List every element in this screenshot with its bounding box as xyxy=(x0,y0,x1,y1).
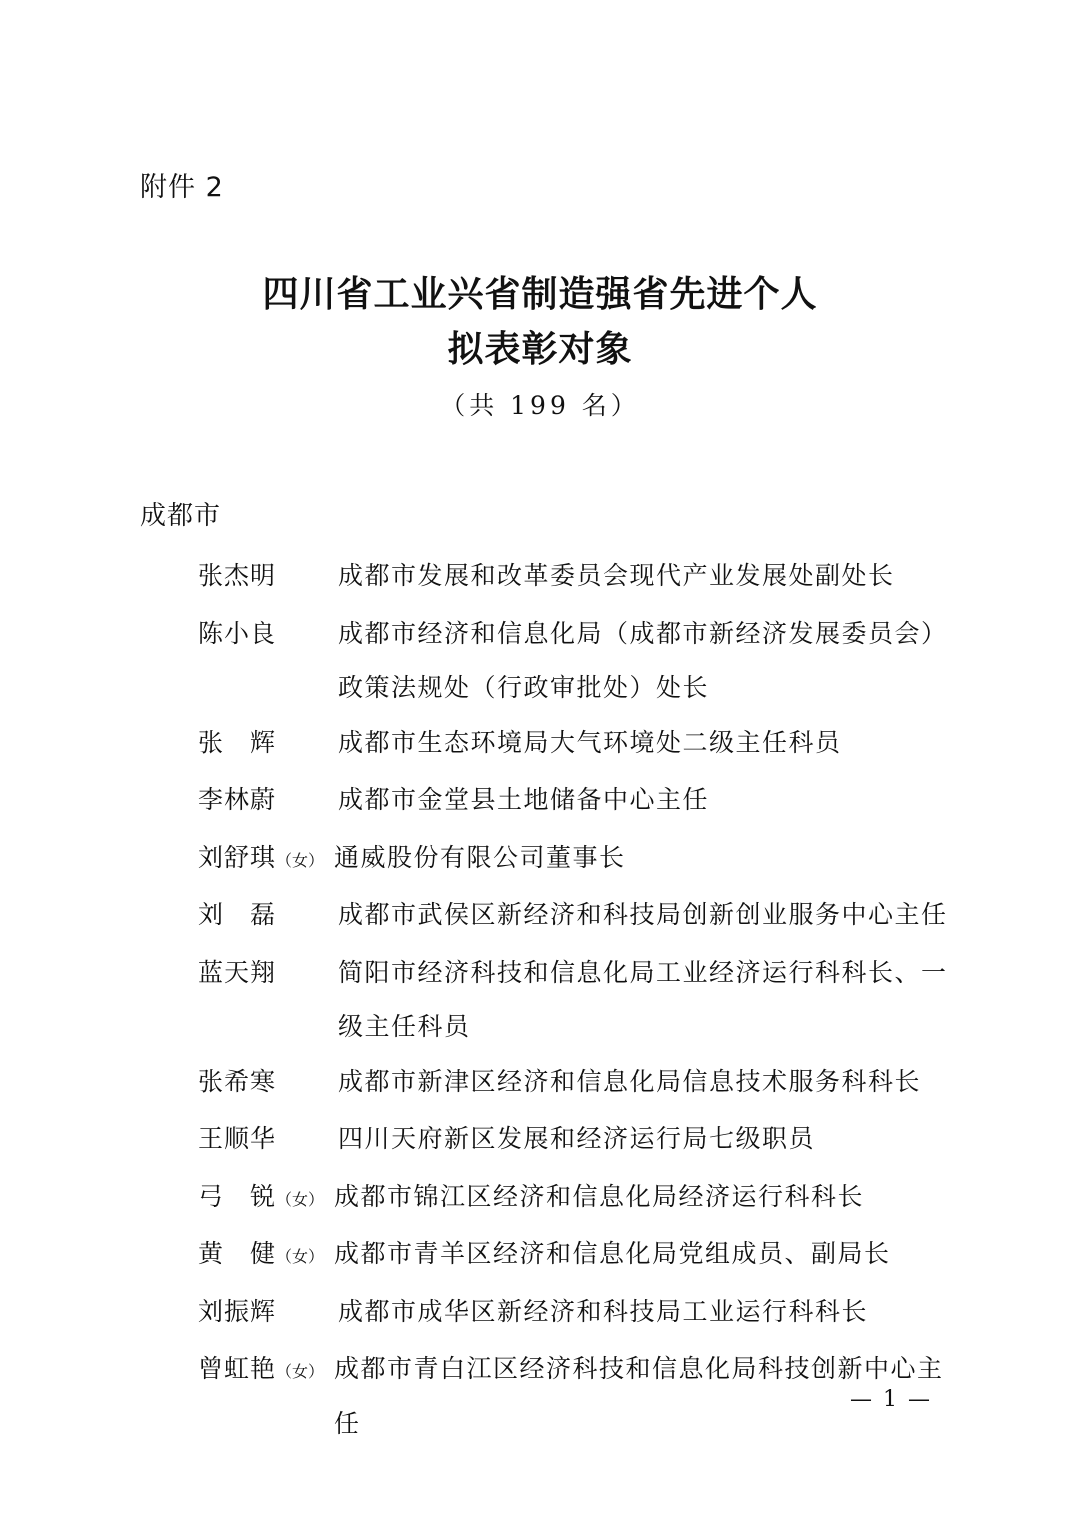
total-count: （共 199 名） xyxy=(0,388,1080,424)
person-name: 刘振辉 xyxy=(198,1285,338,1343)
person-name: 黄 健（女） xyxy=(198,1227,334,1285)
person-position: 成都市金堂县土地储备中心主任 xyxy=(338,773,958,828)
person-name: 弓 锐（女） xyxy=(198,1170,334,1228)
list-item: 李林蔚 成都市金堂县土地储备中心主任 xyxy=(198,773,958,831)
person-position: 成都市经济和信息化局（成都市新经济发展委员会）政策法规处（行政审批处）处长 xyxy=(338,607,958,716)
attachment-label: 附件 2 xyxy=(140,170,224,206)
region-heading: 成都市 xyxy=(140,496,221,536)
list-item: 刘 磊 成都市武侯区新经济和科技局创新创业服务中心主任 xyxy=(198,888,958,946)
person-position: 成都市发展和改革委员会现代产业发展处副处长 xyxy=(338,549,958,604)
list-item: 黄 健（女） 成都市青羊区经济和信息化局党组成员、副局长 xyxy=(198,1227,958,1285)
list-item: 蓝天翔 简阳市经济科技和信息化局工业经济运行科科长、一级主任科员 xyxy=(198,946,958,1055)
name-text: 张杰明 xyxy=(198,561,276,590)
person-name: 蓝天翔 xyxy=(198,946,338,1004)
list-item: 弓 锐（女） 成都市锦江区经济和信息化局经济运行科科长 xyxy=(198,1170,958,1228)
name-text: 刘 磊 xyxy=(198,900,276,929)
name-text: 黄 健 xyxy=(198,1239,276,1268)
person-name: 张希寒 xyxy=(198,1055,338,1113)
list-item: 张希寒 成都市新津区经济和信息化局信息技术服务科科长 xyxy=(198,1055,958,1113)
list-item: 刘振辉 成都市成华区新经济和科技局工业运行科科长 xyxy=(198,1285,958,1343)
person-position: 成都市新津区经济和信息化局信息技术服务科科长 xyxy=(338,1055,958,1110)
document-title-line-2: 拟表彰对象 xyxy=(0,325,1080,375)
person-position: 简阳市经济科技和信息化局工业经济运行科科长、一级主任科员 xyxy=(338,946,958,1055)
list-item: 张杰明 成都市发展和改革委员会现代产业发展处副处长 xyxy=(198,549,958,607)
person-name: 曾虹艳（女） xyxy=(198,1342,334,1400)
page-number: — 1 — xyxy=(850,1385,932,1415)
person-position: 成都市生态环境局大气环境处二级主任科员 xyxy=(338,716,958,771)
name-text: 张希寒 xyxy=(198,1067,276,1096)
person-name: 刘 磊 xyxy=(198,888,338,946)
person-position: 通威股份有限公司董事长 xyxy=(334,831,958,886)
list-item: 曾虹艳（女） 成都市青白江区经济科技和信息化局科技创新中心主任 xyxy=(198,1342,958,1451)
honoree-list: 张杰明 成都市发展和改革委员会现代产业发展处副处长 陈小良 成都市经济和信息化局… xyxy=(198,549,958,1451)
list-item: 刘舒琪（女） 通威股份有限公司董事长 xyxy=(198,831,958,889)
person-position: 成都市成华区新经济和科技局工业运行科科长 xyxy=(338,1285,958,1340)
list-item: 张 辉 成都市生态环境局大气环境处二级主任科员 xyxy=(198,716,958,774)
name-text: 陈小良 xyxy=(198,619,276,648)
person-name: 王顺华 xyxy=(198,1112,338,1170)
document-title-line-1: 四川省工业兴省制造强省先进个人 xyxy=(0,270,1080,320)
person-name: 刘舒琪（女） xyxy=(198,831,334,889)
name-text: 蓝天翔 xyxy=(198,958,276,987)
list-item: 陈小良 成都市经济和信息化局（成都市新经济发展委员会）政策法规处（行政审批处）处… xyxy=(198,607,958,716)
name-text: 刘舒琪 xyxy=(198,843,276,872)
person-position: 成都市锦江区经济和信息化局经济运行科科长 xyxy=(334,1170,958,1225)
person-position: 四川天府新区发展和经济运行局七级职员 xyxy=(338,1112,958,1167)
person-position: 成都市武侯区新经济和科技局创新创业服务中心主任 xyxy=(338,888,958,943)
person-name: 陈小良 xyxy=(198,607,338,665)
person-position: 成都市青羊区经济和信息化局党组成员、副局长 xyxy=(334,1227,958,1282)
person-name: 李林蔚 xyxy=(198,773,338,831)
name-text: 弓 锐 xyxy=(198,1182,276,1211)
list-item: 王顺华 四川天府新区发展和经济运行局七级职员 xyxy=(198,1112,958,1170)
name-text: 刘振辉 xyxy=(198,1297,276,1326)
female-tag: （女） xyxy=(276,1362,324,1381)
person-name: 张杰明 xyxy=(198,549,338,607)
name-text: 张 辉 xyxy=(198,728,276,757)
name-text: 王顺华 xyxy=(198,1124,276,1153)
name-text: 曾虹艳 xyxy=(198,1354,276,1383)
name-text: 李林蔚 xyxy=(198,785,276,814)
female-tag: （女） xyxy=(276,1247,324,1266)
person-name: 张 辉 xyxy=(198,716,338,774)
female-tag: （女） xyxy=(276,851,324,870)
female-tag: （女） xyxy=(276,1190,324,1209)
